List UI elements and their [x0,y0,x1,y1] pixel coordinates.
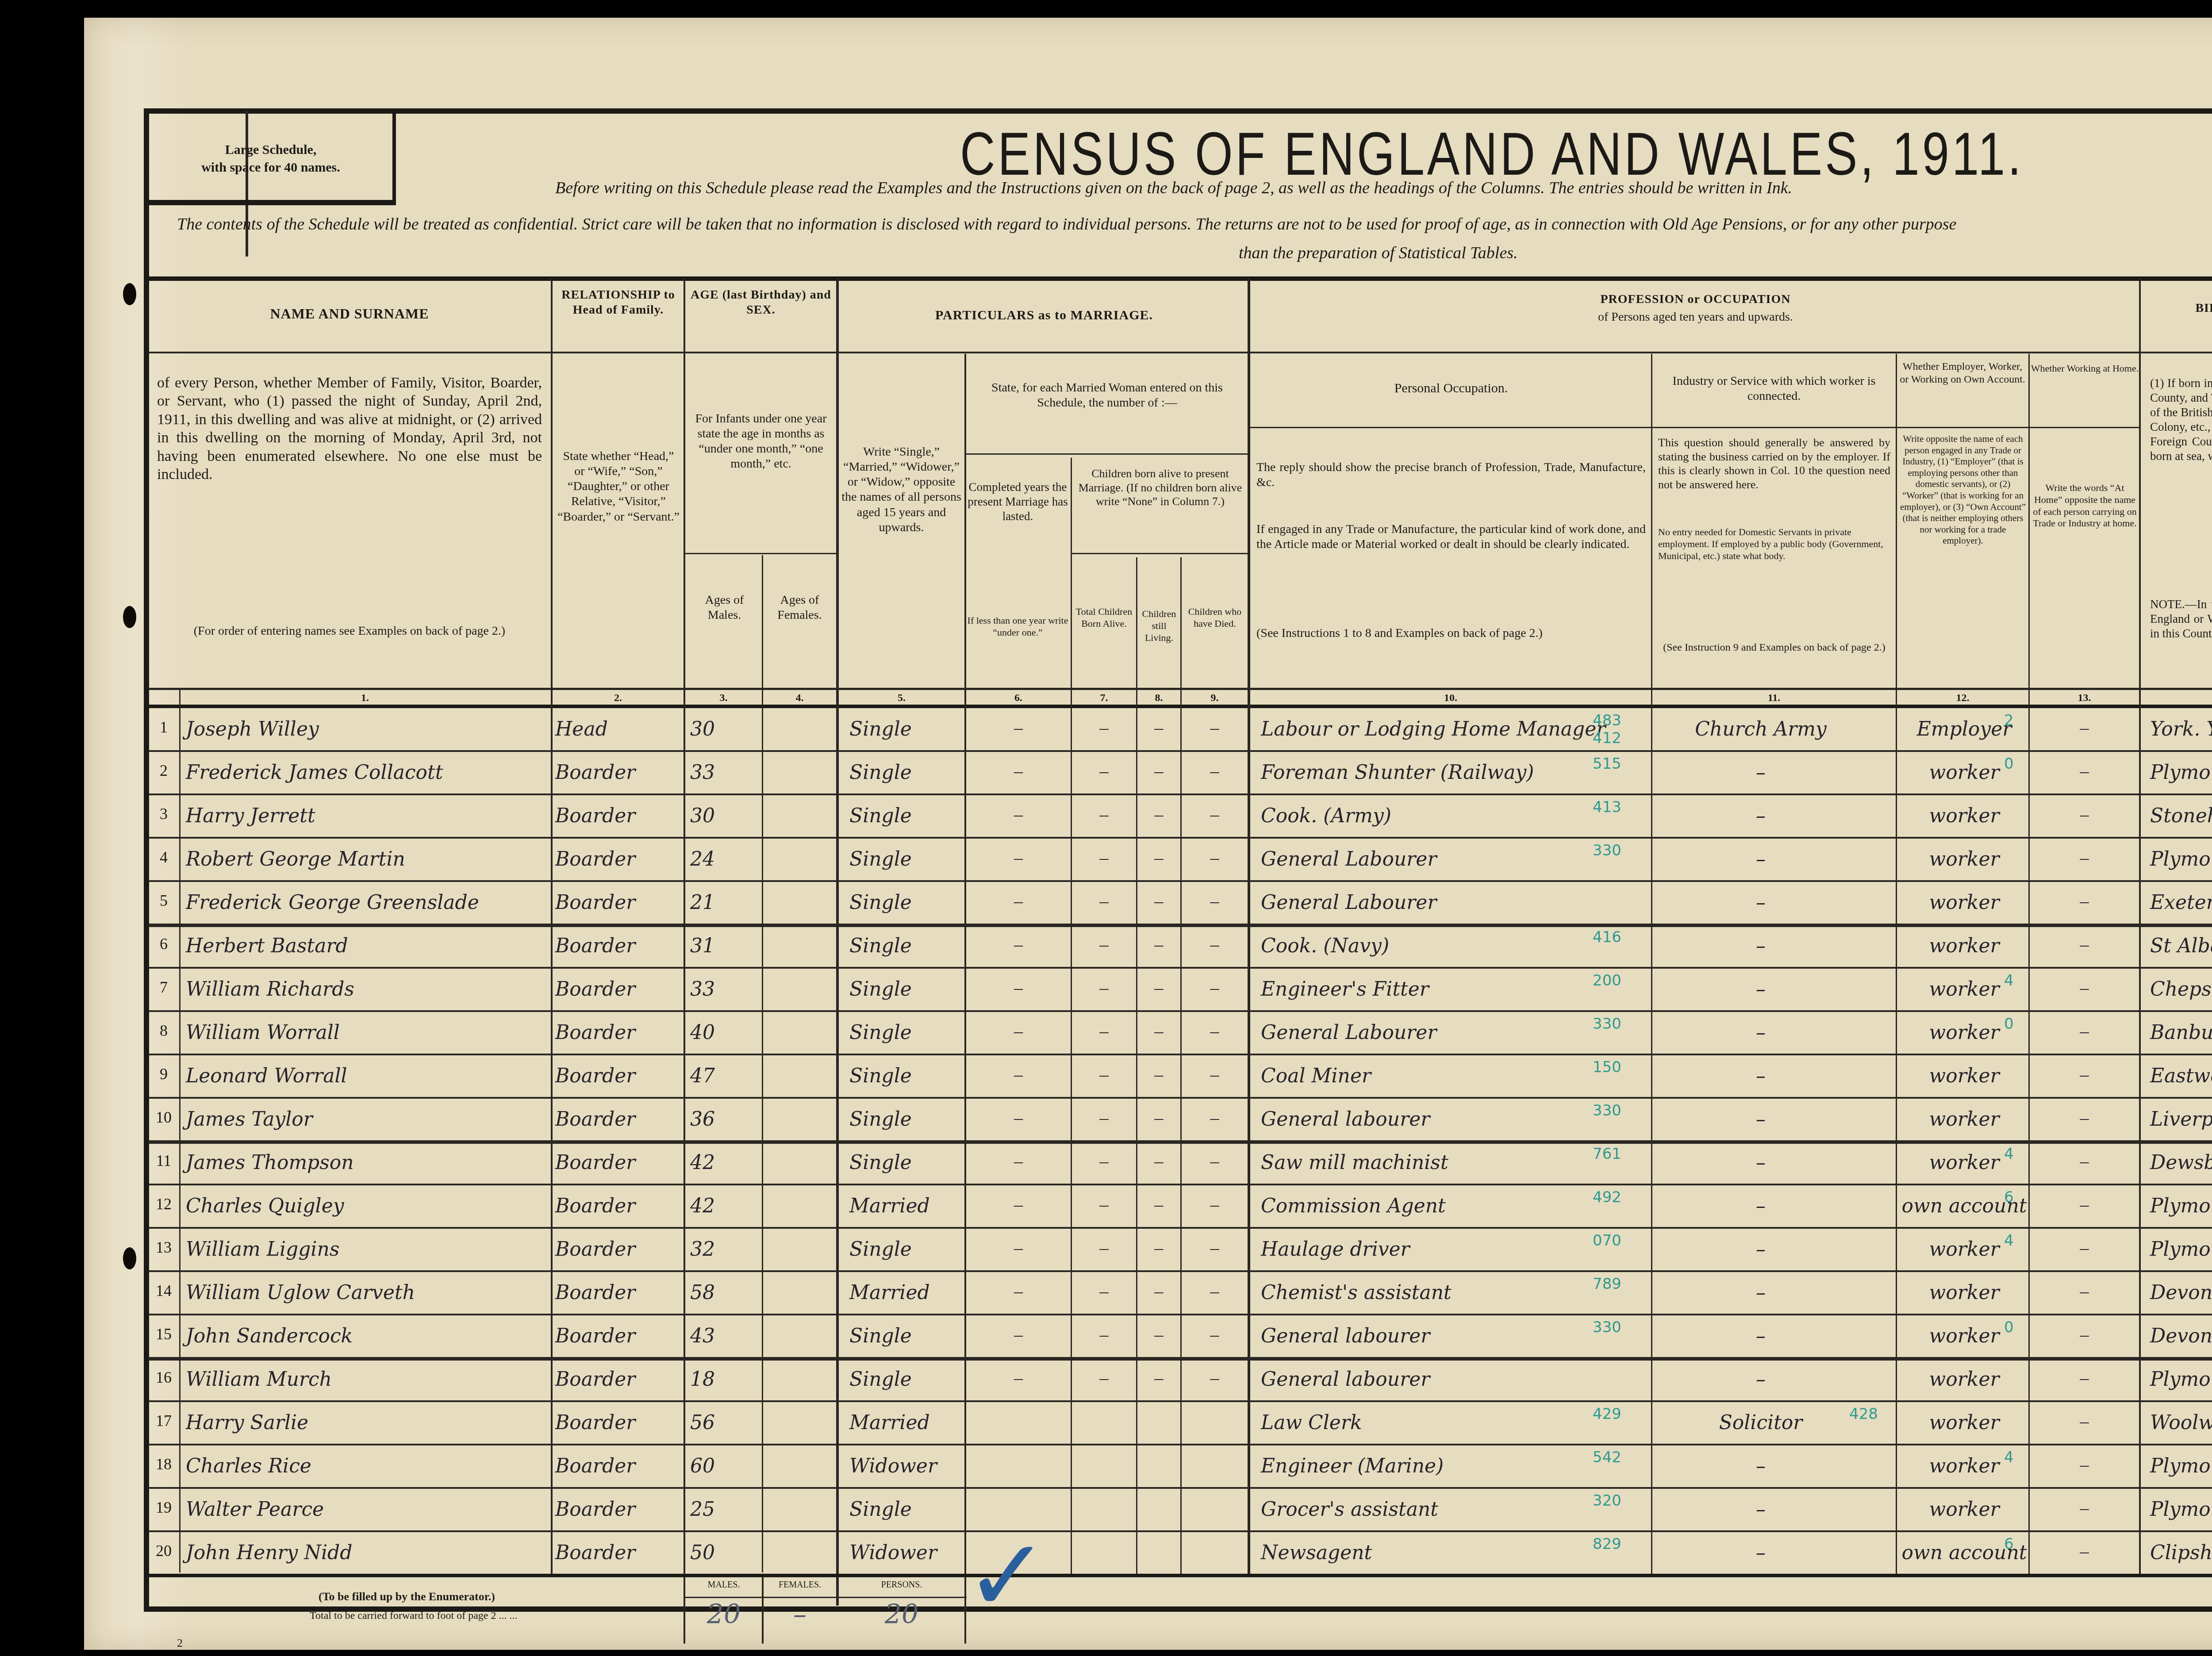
industry[interactable]: – [1657,1108,1865,1131]
relationship[interactable]: Boarder [555,978,684,1000]
employment-status[interactable]: worker [1900,848,2028,870]
children-living-cell[interactable]: – [1137,1064,1180,1085]
personal-occupation[interactable]: General Labourer [1261,891,1597,914]
working-at-home-cell[interactable]: – [2030,977,2139,998]
occupation-code: 413 [1593,798,1650,816]
marriage-years-cell[interactable]: – [966,1237,1071,1258]
working-at-home-cell[interactable]: – [2030,1367,2139,1388]
birthplace[interactable]: Chepstow. Mon. [2150,978,2212,1000]
person-name[interactable]: Harry Jerrett [186,805,549,827]
age-male[interactable]: 43 [690,1325,761,1347]
birthplace[interactable]: Plymouth Devon [2150,1498,2212,1521]
age-male[interactable]: 60 [690,1455,761,1477]
relationship[interactable]: Boarder [555,1108,684,1131]
employment-status[interactable]: worker [1900,935,2028,957]
children-born-cell[interactable]: – [1072,890,1136,911]
relationship[interactable]: Boarder [555,1541,684,1564]
table-row: 3Harry JerrettBoarder30SingleCook. (Army… [0,795,2212,838]
children-living-cell[interactable]: – [1137,977,1180,998]
children-died-cell[interactable]: – [1182,847,1248,868]
table-row: 16William MurchBoarder18SingleGeneral la… [0,1358,2212,1402]
working-at-home-cell[interactable]: – [2030,804,2139,824]
marriage-years-cell[interactable]: – [966,717,1071,738]
birthplace[interactable]: Plymouth. Devon. [2150,1195,2212,1217]
working-at-home-cell[interactable]: – [2030,760,2139,781]
employment-code: 2 [2004,712,2026,729]
col4-title: Ages of Females. [763,593,836,623]
children-born-cell[interactable]: – [1072,717,1136,738]
occupation-code: 330 [1593,1102,1650,1119]
employment-status[interactable]: worker [1900,1411,2028,1434]
children-living-cell[interactable]: – [1137,1020,1180,1041]
marriage-years-cell[interactable]: – [966,1367,1071,1388]
children-born-cell[interactable]: – [1072,1020,1136,1041]
subheader-rule [1071,553,1248,554]
relationship[interactable]: Boarder [555,848,684,870]
age-male[interactable]: 33 [690,761,761,784]
marriage-years-cell[interactable]: – [966,1020,1071,1041]
children-living-cell[interactable]: – [1137,1324,1180,1345]
age-male[interactable]: 58 [690,1281,761,1304]
children-born-cell[interactable]: – [1072,804,1136,824]
occupation-code: 416 [1593,928,1650,946]
relationship[interactable]: Boarder [555,1065,684,1087]
personal-occupation[interactable]: Cook. (Navy) [1261,935,1597,957]
children-born-cell[interactable]: – [1072,1237,1136,1258]
personal-occupation[interactable]: General labourer [1261,1325,1597,1347]
personal-occupation[interactable]: Grocer's assistant [1261,1498,1597,1521]
marital-status[interactable]: Single [849,1498,964,1521]
relationship[interactable]: Boarder [555,1151,684,1174]
marriage-years-cell[interactable]: – [966,977,1071,998]
working-at-home-cell[interactable]: – [2030,1020,2139,1041]
relationship[interactable]: Boarder [555,1498,684,1521]
children-born-cell[interactable]: – [1072,847,1136,868]
person-name[interactable]: John Henry Nidd [186,1541,549,1564]
children-born-cell[interactable]: – [1072,1194,1136,1215]
col10-body1: The reply should show the precise branch… [1256,460,1646,490]
relationship[interactable]: Head [555,718,684,740]
person-name[interactable]: William Worrall [186,1021,549,1044]
children-born-cell[interactable]: – [1072,1064,1136,1085]
person-name[interactable]: Herbert Bastard [186,935,549,957]
marital-status[interactable]: Widower [849,1455,964,1477]
birthplace[interactable]: Eastwood. Notts. [2150,1065,2212,1087]
children-born-cell[interactable]: – [1072,934,1136,954]
employment-code: 6 [2004,1535,2026,1553]
relationship[interactable]: Boarder [555,1195,684,1217]
personal-occupation[interactable]: Foreman Shunter (Railway) [1261,761,1597,784]
personal-occupation[interactable]: Law Clerk [1261,1411,1597,1434]
marital-status[interactable]: Single [849,805,964,827]
row-number: 2 [148,761,179,780]
children-living-cell[interactable]: – [1137,1107,1180,1128]
age-male[interactable]: 31 [690,935,761,957]
children-died-cell[interactable]: – [1182,1107,1248,1128]
col6-note: If less than one year write “under one.” [966,615,1070,639]
birthplace[interactable]: Banbury. Oxford. [2150,1021,2212,1044]
age-male[interactable]: 24 [690,848,761,870]
occupation-code: 330 [1593,1319,1650,1336]
children-living-cell[interactable]: – [1137,804,1180,824]
marriage-years-cell[interactable]: – [966,934,1071,954]
personal-occupation[interactable]: Chemist's assistant [1261,1281,1597,1304]
children-living-cell[interactable]: – [1137,934,1180,954]
relationship[interactable]: Boarder [555,1238,684,1261]
relationship[interactable]: Boarder [555,1281,684,1304]
employment-status[interactable]: worker [1900,891,2028,914]
industry[interactable]: – [1657,1455,1865,1477]
table-row: 4Robert George MartinBoarder24SingleGene… [0,838,2212,882]
children-died-cell[interactable]: – [1182,760,1248,781]
rows-bottom-rule [148,1574,2212,1577]
relationship[interactable]: Boarder [555,761,684,784]
working-at-home-cell[interactable]: – [2030,1324,2139,1345]
working-at-home-cell[interactable]: – [2030,1280,2139,1301]
age-male[interactable]: 36 [690,1108,761,1131]
personal-occupation[interactable]: Saw mill machinist [1261,1151,1597,1174]
col14-title: BIRTHPLACE of every Person. [2141,301,2212,316]
marriage-years-cell[interactable]: – [966,1107,1071,1128]
col1-title: NAME AND SURNAME [148,305,551,322]
age-male[interactable]: 30 [690,805,761,827]
age-male[interactable]: 30 [690,718,761,740]
children-living-cell[interactable]: – [1137,1367,1180,1388]
males-total[interactable]: 20 [686,1599,762,1630]
marital-status[interactable]: Single [849,1021,964,1044]
marital-status[interactable]: Married [849,1195,964,1217]
person-name[interactable]: John Sandercock [186,1325,549,1347]
occupation-code: 429 [1593,1405,1650,1423]
marriage-years-cell[interactable]: – [966,1194,1071,1215]
working-at-home-cell[interactable]: – [2030,890,2139,911]
personal-occupation[interactable]: General Labourer [1261,1021,1597,1044]
industry[interactable]: – [1657,1151,1865,1174]
age-male[interactable]: 47 [690,1065,761,1087]
children-living-cell[interactable]: – [1137,760,1180,781]
row-number: 18 [148,1455,179,1473]
marriage-title: PARTICULARS as to MARRIAGE. [841,307,1248,323]
industry[interactable]: – [1657,1281,1865,1304]
occupation-code: 761 [1593,1145,1650,1163]
punch-hole [123,283,136,305]
birthplace[interactable]: York. Yorks. [2150,718,2212,740]
col7-body: Total Children Born Alive. [1072,606,1136,630]
birthplace[interactable]: Dewsbury. Yorks. [2150,1151,2212,1174]
employment-code: 4 [2004,1449,2026,1466]
children-living-cell[interactable]: – [1137,717,1180,738]
person-name[interactable]: William Richards [186,978,549,1000]
relationship[interactable]: Boarder [555,1411,684,1434]
person-name[interactable]: Frederick James Collacott [186,761,549,784]
children-died-cell[interactable]: – [1182,1020,1248,1041]
personal-occupation[interactable]: Newsagent [1261,1541,1597,1564]
marital-status[interactable]: Single [849,761,964,784]
birthplace[interactable]: St Albans. Herts. [2150,935,2212,957]
children-living-cell[interactable]: – [1137,1194,1180,1215]
table-row: 20John Henry NiddBoarder50WidowerNewsage… [0,1532,2212,1575]
marital-status[interactable]: Single [849,978,964,1000]
relationship[interactable]: Boarder [555,935,684,957]
employment-code: 4 [2004,1145,2026,1163]
birthplace[interactable]: Devonport Devon [2150,1325,2212,1347]
children-died-cell[interactable]: – [1182,1324,1248,1345]
row-number: 19 [148,1498,179,1517]
col11-note: (See Instruction 9 and Examples on back … [1658,641,1890,654]
marital-status[interactable]: Single [849,1238,964,1261]
person-name[interactable]: Harry Sarlie [186,1411,549,1434]
marital-status[interactable]: Married [849,1281,964,1304]
relationship[interactable]: Boarder [555,891,684,914]
person-name[interactable]: Charles Rice [186,1455,549,1477]
industry[interactable]: – [1657,891,1865,914]
birthplace[interactable]: Clipsham Rutland [2150,1541,2212,1564]
schedule-type-line1: Large Schedule, [149,142,392,157]
birthplace[interactable]: Plymouth. Devon [2150,761,2212,784]
marital-status[interactable]: Single [849,935,964,957]
birthplace[interactable]: Plymouth Devon [2150,1368,2212,1391]
age-male[interactable]: 42 [690,1151,761,1174]
marital-status[interactable]: Single [849,1065,964,1087]
children-died-cell[interactable]: – [1182,934,1248,954]
working-at-home-cell[interactable]: – [2030,847,2139,868]
personal-occupation[interactable]: Coal Miner [1261,1065,1597,1087]
col3-title: Ages of Males. [688,593,761,623]
person-name[interactable]: James Thompson [186,1151,549,1174]
persons-total[interactable]: 20 [839,1599,964,1630]
subheader-rule [685,553,836,554]
females-total[interactable]: – [764,1599,836,1630]
personal-occupation[interactable]: Haulage driver [1261,1238,1597,1261]
children-died-cell[interactable]: – [1182,1064,1248,1085]
children-born-cell[interactable]: – [1072,1150,1136,1171]
birthplace[interactable]: Stonehouse. Devon [2150,805,2212,827]
relationship[interactable]: Boarder [555,805,684,827]
birthplace[interactable]: Plymouth. Devon. [2150,1238,2212,1261]
children-living-cell[interactable]: – [1137,1237,1180,1258]
page-ref: 2 [177,1637,183,1650]
birthplace[interactable]: Woolwich Kent [2150,1411,2212,1434]
row-number: 20 [148,1541,179,1560]
person-name[interactable]: William Murch [186,1368,549,1391]
birthplace[interactable]: Devonport Devon [2150,1281,2212,1304]
children-died-cell[interactable]: – [1182,1237,1248,1258]
instructions-line2: The contents of the Schedule will be tre… [177,215,1956,234]
children-born-cell[interactable]: – [1072,1107,1136,1128]
person-name[interactable]: Walter Pearce [186,1498,549,1521]
industry[interactable]: – [1657,935,1865,957]
marital-status[interactable]: Single [849,718,964,740]
children-died-cell[interactable]: – [1182,977,1248,998]
personal-occupation[interactable]: Engineer's Fitter [1261,978,1597,1000]
children-living-cell[interactable]: – [1137,890,1180,911]
working-at-home-cell[interactable]: – [2030,934,2139,954]
age-male[interactable]: 18 [690,1368,761,1391]
age-male[interactable]: 21 [690,891,761,914]
occupation-code: 515 [1593,755,1650,773]
employment-code: 0 [2004,755,2026,773]
table-row: 7William RichardsBoarder33SingleEngineer… [0,968,2212,1012]
personal-occupation[interactable]: Commission Agent [1261,1195,1597,1217]
marriage-years-cell[interactable]: – [966,1280,1071,1301]
person-name[interactable]: Leonard Worrall [186,1065,549,1087]
col12-title: Whether Employer, Worker, or Working on … [1898,360,2027,387]
person-name[interactable]: William Liggins [186,1238,549,1261]
marital-status[interactable]: Single [849,891,964,914]
children-died-cell[interactable]: – [1182,1150,1248,1171]
personal-occupation[interactable]: Cook. (Army) [1261,805,1597,827]
table-row: 15John SandercockBoarder43SingleGeneral … [0,1315,2212,1358]
children-died-cell[interactable]: – [1182,890,1248,911]
divider [684,1597,967,1598]
person-name[interactable]: James Taylor [186,1108,549,1131]
col5-body: Write “Single,” “Married,” “Widower,” or… [841,445,962,535]
employment-status[interactable]: worker [1900,1281,2028,1304]
marriage-years-cell[interactable]: – [966,1150,1071,1171]
employment-status[interactable]: worker [1900,1368,2028,1391]
children-died-cell[interactable]: – [1182,717,1248,738]
person-name[interactable]: William Uglow Carveth [186,1281,549,1304]
marital-status[interactable]: Single [849,1108,964,1131]
industry[interactable]: – [1657,1541,1865,1564]
industry[interactable]: – [1657,805,1865,827]
children-living-cell[interactable]: – [1137,847,1180,868]
working-at-home-cell[interactable]: – [2030,1107,2139,1128]
birthplace[interactable]: Plymouth Devon [2150,1455,2212,1477]
marital-status[interactable]: Married [849,1411,964,1434]
marriage-years-cell[interactable]: – [966,847,1071,868]
children-born-cell[interactable]: – [1072,1367,1136,1388]
industry[interactable]: Solicitor [1657,1411,1865,1434]
children-died-cell[interactable]: – [1182,1367,1248,1388]
age-male[interactable]: 32 [690,1238,761,1261]
employment-status[interactable]: worker [1900,1108,2028,1131]
industry[interactable]: – [1657,1325,1865,1347]
totals-label: (To be filled up by the Enumerator.) [319,1590,495,1603]
industry[interactable]: – [1657,978,1865,1000]
marriage-years-cell[interactable]: – [966,760,1071,781]
marital-status[interactable]: Single [849,848,964,870]
marriage-years-cell[interactable]: – [966,1324,1071,1345]
table-row: 19Walter PearceBoarder25SingleGrocer's a… [0,1488,2212,1532]
subheader-rule [964,453,1248,455]
col9-number: 9. [1182,692,1248,704]
marital-status[interactable]: Widower [849,1541,964,1564]
personal-occupation[interactable]: General Labourer [1261,848,1597,870]
industry[interactable]: – [1657,1368,1865,1391]
person-name[interactable]: Joseph Willey [186,718,549,740]
personal-occupation[interactable]: General labourer [1261,1368,1597,1391]
marriage-years-cell[interactable]: – [966,890,1071,911]
col1-number: 1. [179,692,551,704]
marriage-years-cell[interactable]: – [966,804,1071,824]
personal-occupation[interactable]: Labour or Lodging Home Manager [1261,718,1597,740]
males-label: MALES. [686,1580,762,1590]
birthplace[interactable]: Exeter. Devon. [2150,891,2212,914]
children-born-cell[interactable]: – [1072,760,1136,781]
age-male[interactable]: 25 [690,1498,761,1521]
schedule-type-box: Large Schedule, with space for 40 names. [149,111,396,205]
marital-status[interactable]: Single [849,1151,964,1174]
children-living-cell[interactable]: – [1137,1280,1180,1301]
person-name[interactable]: Frederick George Greenslade [186,891,549,914]
person-name[interactable]: Charles Quigley [186,1195,549,1217]
industry[interactable]: – [1657,1498,1865,1521]
working-at-home-cell[interactable]: – [2030,1150,2139,1171]
relationship[interactable]: Boarder [555,1455,684,1477]
employment-status[interactable]: worker [1900,805,2028,827]
marriage-years-cell[interactable]: – [966,1064,1071,1085]
children-died-cell[interactable]: – [1182,1280,1248,1301]
married-woman-note: State, for each Married Woman entered on… [969,380,1245,410]
working-at-home-cell[interactable]: – [2030,1237,2139,1258]
children-living-cell[interactable]: – [1137,1150,1180,1171]
marital-status[interactable]: Single [849,1325,964,1347]
row-number: 16 [148,1368,179,1387]
industry[interactable]: – [1657,1065,1865,1087]
working-at-home-cell[interactable]: – [2030,1411,2139,1431]
person-name[interactable]: Robert George Martin [186,848,549,870]
occupation-code: 492 [1593,1188,1650,1206]
industry[interactable]: – [1657,1021,1865,1044]
age-male[interactable]: 33 [690,978,761,1000]
working-at-home-cell[interactable]: – [2030,717,2139,738]
age-male[interactable]: 40 [690,1021,761,1044]
working-at-home-cell[interactable]: – [2030,1497,2139,1518]
employment-code: 4 [2004,1232,2026,1250]
employment-status[interactable]: worker [1900,1498,2028,1521]
age-male[interactable]: 56 [690,1411,761,1434]
children-born-cell[interactable]: – [1072,977,1136,998]
relationship[interactable]: Boarder [555,1368,684,1391]
age-male[interactable]: 50 [690,1541,761,1564]
children-born-cell[interactable]: – [1072,1280,1136,1301]
industry[interactable]: – [1657,1195,1865,1217]
industry[interactable]: – [1657,1238,1865,1261]
personal-occupation[interactable]: Engineer (Marine) [1261,1455,1597,1477]
children-died-cell[interactable]: – [1182,1194,1248,1215]
children-died-cell[interactable]: – [1182,804,1248,824]
working-at-home-cell[interactable]: – [2030,1064,2139,1085]
working-at-home-cell[interactable]: – [2030,1194,2139,1215]
children-born-cell[interactable]: – [1072,1324,1136,1345]
personal-occupation[interactable]: General labourer [1261,1108,1597,1131]
employment-status[interactable]: worker [1900,1065,2028,1087]
working-at-home-cell[interactable]: – [2030,1541,2139,1561]
col2-body: State whether “Head,” or “Wife,” “Son,” … [557,449,680,525]
col14-number: 14. [2141,692,2212,704]
header-mid-rule [148,352,2212,353]
relationship[interactable]: Boarder [555,1325,684,1347]
industry[interactable]: – [1657,761,1865,784]
occupation-code: 483 412 [1593,712,1650,747]
col3-number: 3. [685,692,762,704]
row-number: 3 [148,805,179,823]
birthplace[interactable]: Plymouth. Devon [2150,848,2212,870]
age-male[interactable]: 42 [690,1195,761,1217]
relationship[interactable]: Boarder [555,1021,684,1044]
birthplace[interactable]: Liverpool. Lancs [2150,1108,2212,1131]
marital-status[interactable]: Single [849,1368,964,1391]
industry[interactable]: Church Army [1657,718,1865,740]
industry[interactable]: – [1657,848,1865,870]
col2-number: 2. [553,692,684,704]
row-number: 11 [148,1151,179,1170]
col13-title: Whether Working at Home. [2031,363,2139,375]
instructions-line1: Before writing on this Schedule please r… [555,178,1792,198]
working-at-home-cell[interactable]: – [2030,1454,2139,1475]
col14-body: (1) If born in the United Kingdom, write… [2150,376,2212,464]
